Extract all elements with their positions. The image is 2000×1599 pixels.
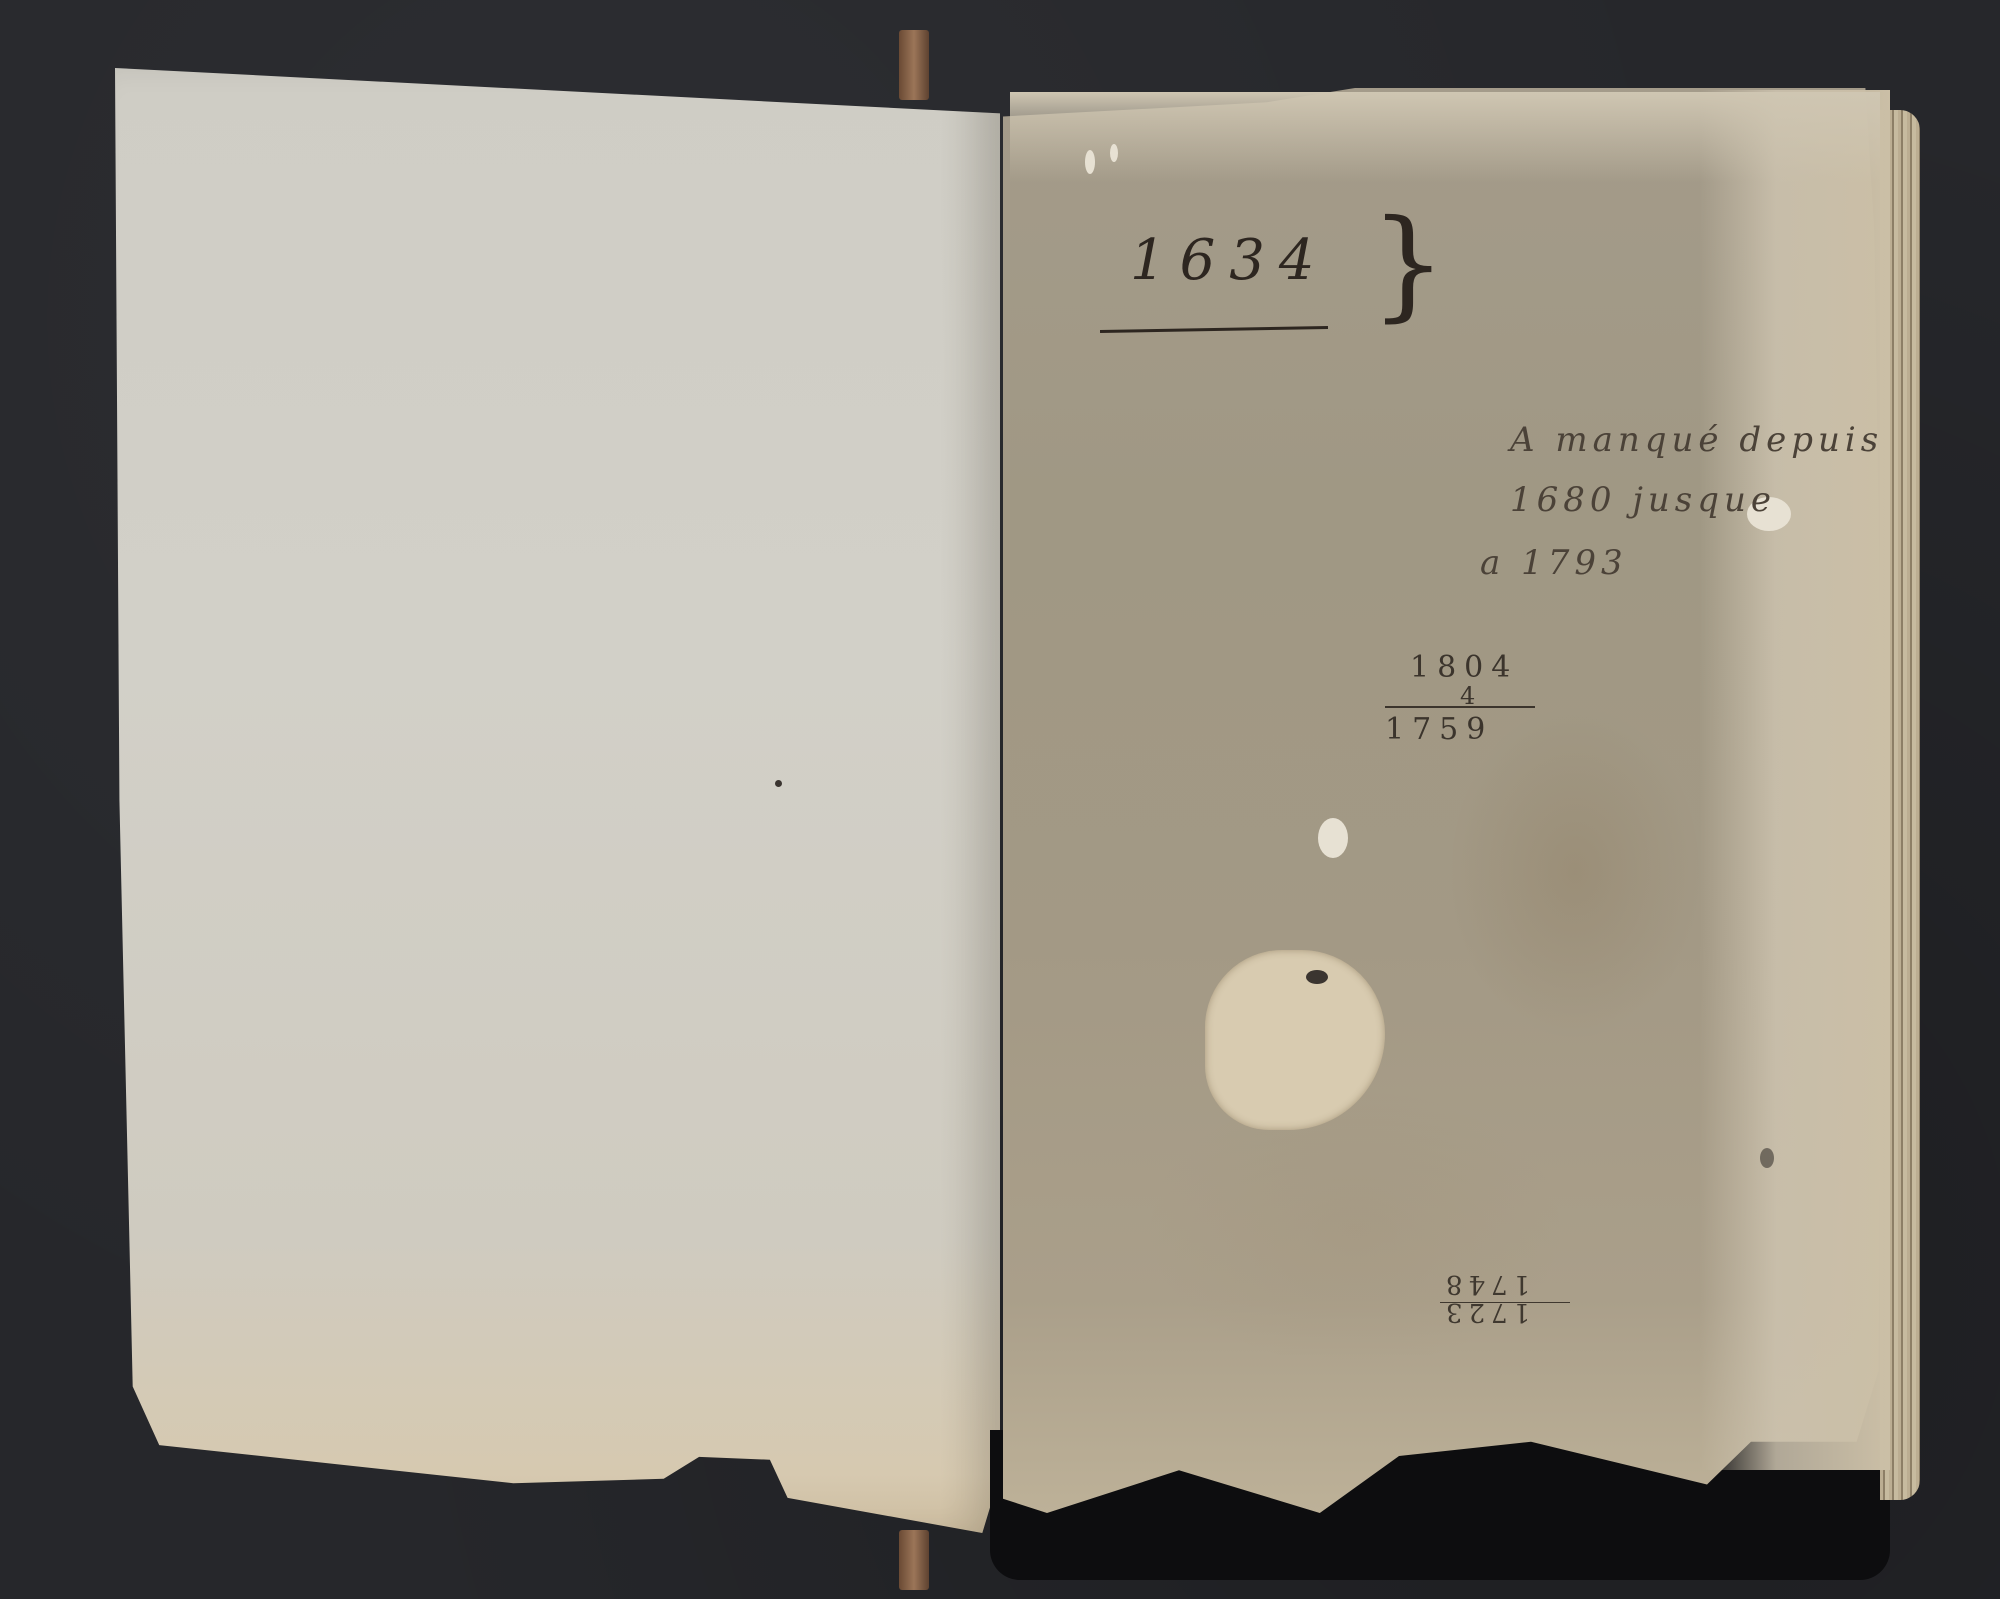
upside-number-2: 1748 [1440,1270,1530,1298]
spine-binding-tab-top [899,30,929,100]
note-line-1: A manqué depuis [1510,420,1883,460]
paper-hole [1110,144,1118,162]
fraction-bottom: 1759 [1385,712,1493,747]
upside-down-numbers: 1723 1748 [1440,1270,1530,1326]
ink-spot [1760,1148,1774,1168]
left-page-blank-flyleaf [115,68,1000,1533]
note-line-3: a 1793 [1480,543,1628,583]
fraction-line [1385,706,1535,708]
fraction-top: 1804 [1410,650,1518,685]
paper-hole [1318,818,1348,858]
ink-spot [775,780,782,787]
note-line-2: 1680 jusque [1510,480,1776,520]
right-page-worn-margin [1700,90,1890,1470]
title-year: 1634 [1130,228,1329,293]
title-brace: } [1370,195,1446,334]
spine-binding-tab-bottom [899,1530,929,1590]
ink-spot [1306,970,1328,984]
right-page-top-edge [1010,92,1880,182]
upside-numbers-line [1440,1302,1570,1303]
paper-hole [1085,150,1095,174]
